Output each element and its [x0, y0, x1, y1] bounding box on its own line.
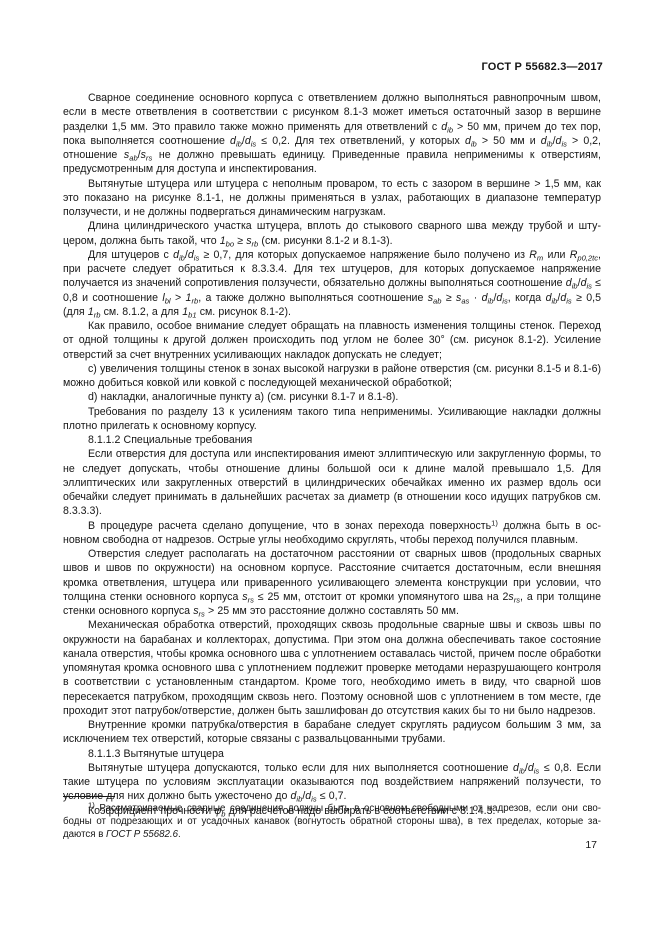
document-page: ГОСТ Р 55682.3—2017 Сварное соединение о… — [0, 0, 661, 935]
paragraph: Сварное соединение основного корпуса с о… — [63, 91, 601, 177]
formula-symbol: ib — [488, 296, 494, 305]
paragraph: Вытянутые штуцера или штуцера с неполным… — [63, 177, 601, 220]
formula-symbol: ab — [433, 296, 441, 305]
formula-symbol: is — [194, 253, 199, 262]
formula-symbol: is — [586, 282, 591, 291]
formula-symbol: rs — [514, 595, 520, 604]
document-header-standard-number: ГОСТ Р 55682.3—2017 — [481, 61, 603, 73]
paragraph: 8.1.1.3 Вытянутые штуцера — [63, 747, 601, 761]
footnote-separator-rule — [63, 796, 115, 797]
formula-symbol: b1 — [188, 310, 196, 319]
formula-symbol: rs — [199, 610, 205, 619]
paragraph: Как правило, особое внимание следует обр… — [63, 319, 601, 362]
formula-symbol: bl — [165, 296, 171, 305]
paragraph: Если отверстия для доступа или инспектир… — [63, 447, 601, 518]
paragraph: Внутренние кромки патрубка/отверстия в б… — [63, 718, 601, 747]
formula-symbol: rb — [191, 296, 198, 305]
formula-symbol: ib — [519, 766, 525, 775]
formula-symbol: R — [529, 249, 537, 261]
formula-symbol: is — [251, 139, 256, 148]
formula-symbol: rs — [248, 595, 254, 604]
formula-symbol: bo — [226, 239, 234, 248]
formula-symbol: ib — [551, 296, 557, 305]
formula-symbol: is — [534, 766, 539, 775]
formula-symbol: m — [537, 253, 543, 262]
paragraph: Для штуцеров с dib/dis ≥ 0,7, для которы… — [63, 248, 601, 319]
formula-symbol: ib — [447, 125, 453, 134]
paragraph: Требования по разделу 13 к усилениям так… — [63, 405, 601, 434]
footnote-text: 1) Рассматриваемые сварные соединения до… — [63, 802, 601, 842]
paragraph: Механическая обработка отверстий, проход… — [63, 618, 601, 718]
formula-symbol: ib — [236, 139, 242, 148]
paragraph: c) увеличения толщины стенок в зонах выс… — [63, 362, 601, 391]
formula-symbol: ab — [129, 154, 137, 163]
superscript-text: 1) — [491, 518, 498, 527]
paragraph: d) накладки, аналогичные пункту а) (см. … — [63, 390, 601, 404]
formula-symbol: ib — [471, 139, 477, 148]
formula-symbol: p0,2tc — [577, 253, 598, 262]
formula-symbol: rb — [252, 239, 259, 248]
formula-symbol: ib — [547, 139, 553, 148]
formula-symbol: is — [561, 139, 566, 148]
footnote: 1) Рассматриваемые сварные соединения до… — [63, 796, 601, 842]
formula-symbol: ib — [179, 253, 185, 262]
page-number: 17 — [585, 839, 597, 851]
formula-symbol: is — [502, 296, 507, 305]
paragraph: Отверстия следует располагать на достато… — [63, 547, 601, 618]
formula-symbol: ib — [572, 282, 578, 291]
superscript-text: 1) — [88, 801, 95, 810]
formula-symbol: rb — [94, 310, 101, 319]
formula-symbol: is — [566, 296, 571, 305]
formula-symbol: ГОСТ Р 55682.6 — [106, 829, 178, 840]
document-body: Сварное соединение основного корпуса с о… — [63, 91, 601, 818]
paragraph: 8.1.1.2 Специальные требования — [63, 433, 601, 447]
formula-symbol: rs — [146, 154, 152, 163]
paragraph: Длина цилиндрического участка штуцера, в… — [63, 219, 601, 248]
paragraph: В процедуре расчета сделано допущение, ч… — [63, 519, 601, 548]
formula-symbol: as — [461, 296, 469, 305]
